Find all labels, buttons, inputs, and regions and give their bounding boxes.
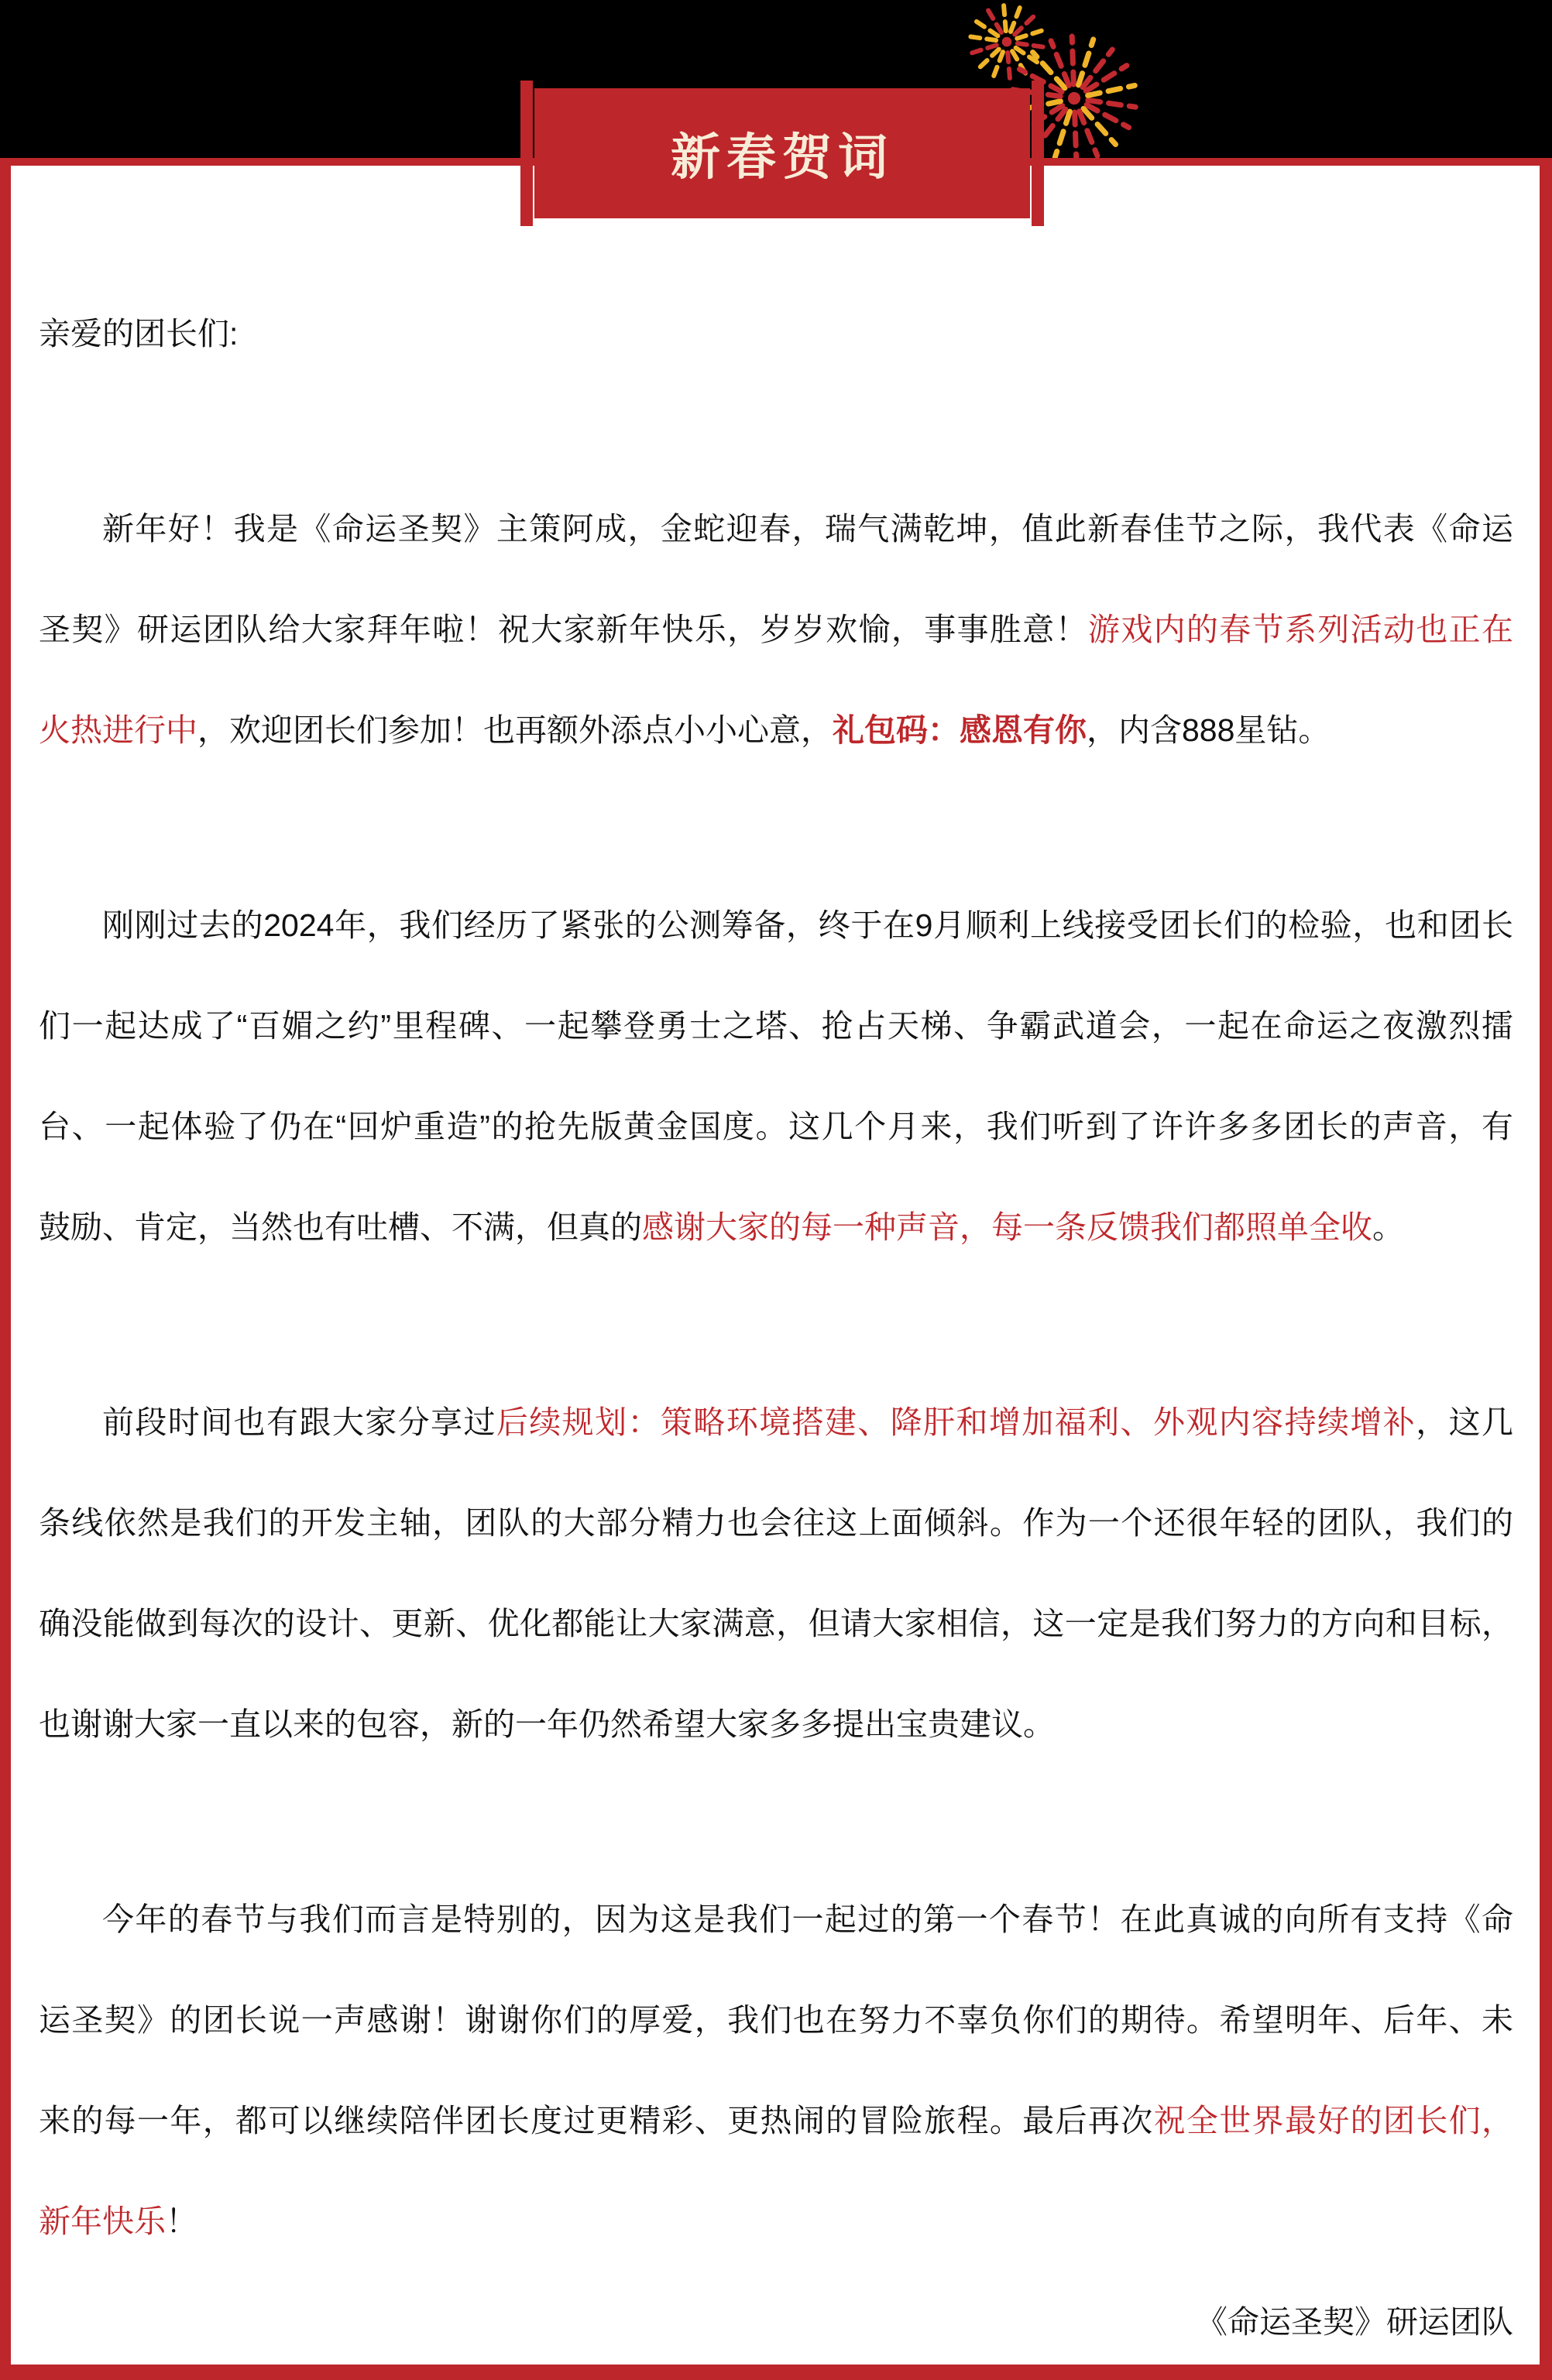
text-line: 火热进行中，欢迎团长们参加！也再额外添点小小心意，礼包码：感恩有你，内含888星… [39,680,1513,780]
text-run: 确没能做到每次的设计、更新、优化都能让大家满意，但请大家相信，这一定是我们努力的… [39,1606,1513,1641]
text-line: 刚刚过去的2024年，我们经历了紧张的公测筹备，终于在9月顺利上线接受团长们的检… [39,875,1513,976]
text-line: 台、一起体验了仍在“回炉重造”的抢先版黄金国度。这几个月来，我们听到了许许多多团… [39,1076,1513,1177]
text-run: 火热进行中 [39,712,197,748]
frame-left-border [0,158,11,2380]
text-run: 游戏内的春节系列活动也正在 [1088,612,1513,647]
text-run: 也谢谢大家一直以来的包容，新的一年仍然希望大家多多提出宝贵建议。 [39,1706,1055,1742]
text-run: 刚刚过去的2024年，我们经历了紧张的公测筹备，终于在9月顺利上线接受团长们的检… [102,907,1513,943]
text-line: 也谢谢大家一直以来的包容，新的一年仍然希望大家多多提出宝贵建议。 [39,1674,1513,1775]
text-line: 鼓励、肯定，当然也有吐槽、不满，但真的感谢大家的每一种声音，每一条反馈我们都照单… [39,1177,1513,1277]
text-line: 来的每一年，都可以继续陪伴团长度过更精彩、更热闹的冒险旅程。最后再次祝全世界最好… [39,2070,1513,2171]
text-run: 。 [1372,1209,1404,1245]
banner-accent-bar-right [1032,81,1044,226]
letter-body: 新年好！我是《命运圣契》主策阿成，金蛇迎春，瑞气满乾坤，值此新春佳节之际，我代表… [39,478,1513,2272]
text-line: 新年好！我是《命运圣契》主策阿成，金蛇迎春，瑞气满乾坤，值此新春佳节之际，我代表… [39,478,1513,579]
text-line: 运圣契》的团长说一声感谢！谢谢你们的厚爱，我们也在努力不辜负你们的期待。希望明年… [39,1970,1513,2070]
text-line: 前段时间也有跟大家分享过后续规划：策略环境搭建、降肝和增加福利、外观内容持续增补… [39,1372,1513,1473]
paragraph: 今年的春节与我们而言是特别的，因为这是我们一起过的第一个春节！在此真诚的向所有支… [39,1869,1513,2272]
text-run: 前段时间也有跟大家分享过 [102,1404,496,1440]
text-run: 条线依然是我们的开发主轴，团队的大部分精力也会往这上面倾斜。作为一个还很年轻的团… [39,1505,1513,1541]
text-run: 祝全世界最好的团长们， [1154,2103,1513,2138]
text-line: 条线依然是我们的开发主轴，团队的大部分精力也会往这上面倾斜。作为一个还很年轻的团… [39,1473,1513,1573]
text-run: ！ [166,2203,197,2239]
text-run: ，这几 [1416,1404,1513,1440]
text-run: 新年好！我是《命运圣契》主策阿成，金蛇迎春，瑞气满乾坤，值此新春佳节之际，我代表… [102,511,1513,547]
frame-right-border [1540,158,1552,2380]
letter-content: 亲爱的团长们: 新年好！我是《命运圣契》主策阿成，金蛇迎春，瑞气满乾坤，值此新春… [39,283,1513,2372]
salutation: 亲爱的团长们: [39,283,1513,384]
text-run: 礼包码：感恩有你 [833,712,1087,748]
text-run: 们一起达成了“百媚之约”里程碑、一起攀登勇士之塔、抢占天梯、争霸武道会，一起在命… [39,1008,1513,1044]
text-run: 来的每一年，都可以继续陪伴团长度过更精彩、更热闹的冒险旅程。最后再次 [39,2103,1154,2138]
text-line: 们一起达成了“百媚之约”里程碑、一起攀登勇士之塔、抢占天梯、争霸武道会，一起在命… [39,976,1513,1076]
text-line: 新年快乐！ [39,2171,1513,2272]
text-run: 今年的春节与我们而言是特别的，因为这是我们一起过的第一个春节！在此真诚的向所有支… [102,1902,1513,1937]
page-title: 新春贺词 [671,118,894,189]
paragraph: 新年好！我是《命运圣契》主策阿成，金蛇迎春，瑞气满乾坤，值此新春佳节之际，我代表… [39,478,1513,780]
text-run: 后续规划：策略环境搭建、降肝和增加福利、外观内容持续增补 [496,1404,1416,1440]
text-run: 圣契》研运团队给大家拜年啦！祝大家新年快乐，岁岁欢愉，事事胜意！ [39,612,1088,647]
signature: 《命运圣契》研运团队 [39,2272,1513,2372]
text-run: 鼓励、肯定，当然也有吐槽、不满，但真的 [39,1209,642,1245]
text-run: 台、一起体验了仍在“回炉重造”的抢先版黄金国度。这几个月来，我们听到了许许多多团… [39,1109,1513,1144]
text-run: ，内含888星钻。 [1087,712,1330,748]
text-line: 确没能做到每次的设计、更新、优化都能让大家满意，但请大家相信，这一定是我们努力的… [39,1573,1513,1674]
paragraph: 前段时间也有跟大家分享过后续规划：策略环境搭建、降肝和增加福利、外观内容持续增补… [39,1372,1513,1775]
title-banner: 新春贺词 [534,88,1030,218]
text-run: 感谢大家的每一种声音，每一条反馈我们都照单全收 [642,1209,1372,1245]
text-line: 今年的春节与我们而言是特别的，因为这是我们一起过的第一个春节！在此真诚的向所有支… [39,1869,1513,1970]
paragraph: 刚刚过去的2024年，我们经历了紧张的公测筹备，终于在9月顺利上线接受团长们的检… [39,875,1513,1277]
banner-accent-bar-left [520,81,533,226]
text-run: 运圣契》的团长说一声感谢！谢谢你们的厚爱，我们也在努力不辜负你们的期待。希望明年… [39,2002,1513,2038]
text-run: 新年快乐 [39,2203,166,2239]
text-line: 圣契》研运团队给大家拜年啦！祝大家新年快乐，岁岁欢愉，事事胜意！游戏内的春节系列… [39,579,1513,680]
text-run: ，欢迎团长们参加！也再额外添点小小心意， [197,712,833,748]
